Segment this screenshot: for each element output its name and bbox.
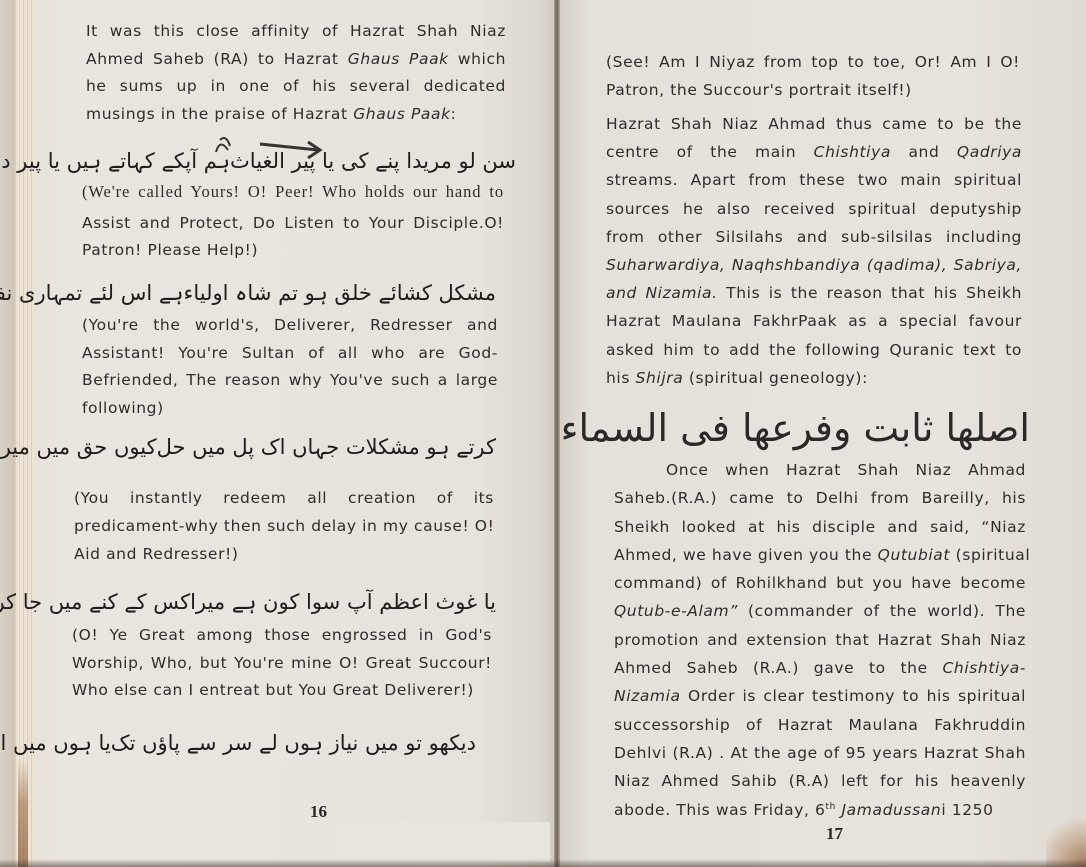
translation-line: following) bbox=[82, 395, 498, 423]
verse-5-translation: (See! Am I Niyaz from top to toe, Or! Am… bbox=[606, 48, 1020, 104]
urdu-verse-3: کرتے ہو مشکلات جہاں اک پل میں حل کیوں حق… bbox=[76, 432, 496, 462]
text-line: Nizamia Order is clear testimony to his … bbox=[614, 682, 1026, 710]
text-line: he sums up in one of his several dedicat… bbox=[86, 73, 506, 101]
text-line: Ahmed, we have given you the Qutubiat (s… bbox=[614, 541, 1026, 569]
translation-line: (O! Ye Great among those engrossed in Go… bbox=[72, 622, 492, 650]
text-line: Suharwardiya, Naqhshbandiya (qadima), Sa… bbox=[606, 251, 1022, 279]
text-line: It was this close affinity of Hazrat Sha… bbox=[86, 18, 506, 46]
paragraph-qutub-e-alam: Once when Hazrat Shah Niaz AhmadSaheb.(R… bbox=[614, 456, 1026, 824]
text-line: Ahmed Saheb (RA) to Hazrat Ghaus Paak wh… bbox=[86, 46, 506, 74]
edge-stain bbox=[18, 760, 28, 867]
bottom-shadow bbox=[0, 859, 1086, 867]
urdu-hemistich: کرتے ہو مشکلات جہاں اک پل میں حل bbox=[157, 432, 496, 462]
page-number-left: 16 bbox=[310, 802, 327, 822]
urdu-verse-4: یا غوث اعظم آپ سوا کون ہے میرا کس کے کنے… bbox=[72, 587, 496, 617]
urdu-verse-2: مشکل کشائے خلق ہو تم شاہ اولیاء ہے اس لئ… bbox=[78, 278, 496, 308]
text-line: command) of Rohilkhand but you have beco… bbox=[614, 569, 1026, 597]
intro-paragraph: It was this close affinity of Hazrat Sha… bbox=[86, 18, 506, 128]
translation-line: predicament-why then such delay in my ca… bbox=[74, 512, 494, 540]
quranic-text: اصلها ثابت وفرعها فی السماء bbox=[590, 404, 1030, 452]
translation-line: Patron! Please Help!) bbox=[82, 237, 504, 264]
urdu-hemistich: ہم آپکے کہاتے ہیں یا پیر دستگیر bbox=[0, 146, 230, 176]
translation-line: Aid and Redresser!) bbox=[74, 540, 494, 568]
book-spread: It was this close affinity of Hazrat Sha… bbox=[0, 0, 1086, 867]
text-line: abode. This was Friday, 6th Jamadussani … bbox=[614, 796, 1026, 824]
corner-stain bbox=[1046, 807, 1086, 867]
translation-line: Who else can I entreat but You Great Del… bbox=[72, 677, 492, 705]
translation-line: Befriended, The reason why You've such a… bbox=[82, 367, 498, 395]
translation-line: (You instantly redeem all creation of it… bbox=[74, 484, 494, 512]
translation-3: (You instantly redeem all creation of it… bbox=[74, 484, 494, 568]
text-line: Hazrat Shah Niaz Ahmad thus came to be t… bbox=[606, 110, 1022, 138]
text-line: musings in the praise of Hazrat Ghaus Pa… bbox=[86, 101, 506, 129]
text-line: promotion and extension that Hazrat Shah… bbox=[614, 626, 1026, 654]
translation-line: Patron, the Succour's portrait itself!) bbox=[606, 76, 1020, 104]
text-line: and Nizamia. This is the reason that his… bbox=[606, 279, 1022, 307]
translation-line: (You're the world's, Deliverer, Redresse… bbox=[82, 312, 498, 340]
translation-line: (We're called Yours! O! Peer! Who holds … bbox=[82, 180, 504, 204]
translation-1b: Assist and Protect, Do Listen to Your Di… bbox=[82, 210, 504, 264]
urdu-hemistich: ہے اس لئے تمہاری نفا گیر الغیاث bbox=[0, 278, 183, 308]
urdu-hemistich: سن لو مریدا پنے کی یا پیر الغیاث bbox=[230, 146, 516, 176]
urdu-verse-1: سن لو مریدا پنے کی یا پیر الغیاث ہم آپکے… bbox=[72, 146, 516, 176]
text-line: sources he also received spiritual deput… bbox=[606, 195, 1022, 223]
translation-line: Worship, Who, but You're mine O! Great S… bbox=[72, 650, 492, 678]
text-line: Sheikh looked at his disciple and said, … bbox=[614, 513, 1026, 541]
text-line: Niaz Ahmed Sahib (R.A) left for his heav… bbox=[614, 767, 1026, 795]
urdu-hemistich: یا ہوں میں الغیاث کی تصویر الغیاث bbox=[0, 728, 111, 758]
urdu-hemistich: مشکل کشائے خلق ہو تم شاہ اولیاء bbox=[183, 278, 496, 308]
urdu-hemistich: یا غوث اعظم آپ سوا کون ہے میرا bbox=[190, 587, 496, 617]
translation-4: (O! Ye Great among those engrossed in Go… bbox=[72, 622, 492, 705]
text-line: Saheb.(R.A.) came to Delhi from Bareilly… bbox=[614, 484, 1026, 512]
text-line: centre of the main Chishtiya and Qadriya bbox=[606, 138, 1022, 166]
text-line: his Shijra (spiritual geneology): bbox=[606, 364, 1022, 392]
text-line: Hazrat Maulana FakhrPaak as a special fa… bbox=[606, 307, 1022, 335]
translation-line: (See! Am I Niyaz from top to toe, Or! Am… bbox=[606, 48, 1020, 76]
text-line: streams. Apart from these two main spiri… bbox=[606, 166, 1022, 194]
text-line: Dehlvi (R.A) . At the age of 95 years Ha… bbox=[614, 739, 1026, 767]
translation-line: Assist and Protect, Do Listen to Your Di… bbox=[82, 210, 504, 237]
paragraph-spiritual-streams: Hazrat Shah Niaz Ahmad thus came to be t… bbox=[606, 110, 1022, 392]
urdu-hemistich: دیکھو تو میں نیاز ہوں لے سر سے پاؤں تک bbox=[111, 728, 476, 758]
urdu-verse-5: دیکھو تو میں نیاز ہوں لے سر سے پاؤں تک ی… bbox=[68, 728, 476, 758]
paper-patch bbox=[330, 822, 550, 862]
translation-2: (You're the world's, Deliverer, Redresse… bbox=[82, 312, 498, 422]
translation-line: Assistant! You're Sultan of all who are … bbox=[82, 340, 498, 368]
text-line: Qutub-e-Alam” (commander of the world). … bbox=[614, 597, 1026, 625]
text-line: asked him to add the following Quranic t… bbox=[606, 336, 1022, 364]
text-line: successorship of Hazrat Maulana Fakhrudd… bbox=[614, 711, 1026, 739]
translation-1: (We're called Yours! O! Peer! Who holds … bbox=[82, 180, 504, 204]
urdu-hemistich: کیوں حق میں میری اتنی ہے تاخیر الغیاث bbox=[0, 432, 157, 462]
left-page: It was this close affinity of Hazrat Sha… bbox=[0, 0, 556, 867]
right-page: (See! Am I Niyaz from top to toe, Or! Am… bbox=[560, 0, 1086, 867]
text-line: Once when Hazrat Shah Niaz Ahmad bbox=[614, 456, 1026, 484]
text-line: Ahmed Saheb (R.A.) gave to the Chishtiya… bbox=[614, 654, 1026, 682]
urdu-hemistich: کس کے کنے میں جا کروں تقریر الغیاث bbox=[0, 587, 190, 617]
text-line: from other Silsilahs and sub-silsilas in… bbox=[606, 223, 1022, 251]
page-number-right: 17 bbox=[826, 824, 843, 844]
